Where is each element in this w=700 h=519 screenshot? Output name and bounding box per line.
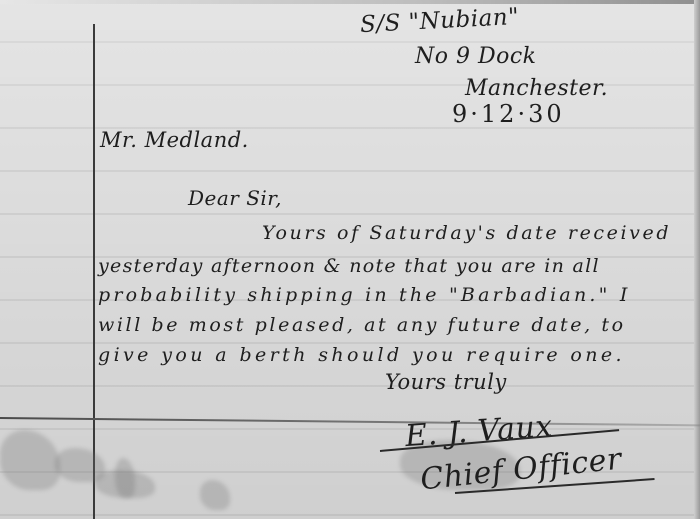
water-stain (200, 480, 230, 510)
letterhead-dock: No 9 Dock (415, 44, 537, 69)
fold-crease (0, 417, 700, 426)
body-line: yesterday afternoon & note that you are … (98, 255, 600, 277)
letterhead-city: Manchester. (465, 76, 608, 101)
body-line: probability shipping in the "Barbadian."… (98, 284, 631, 306)
addressee: Mr. Medland. (100, 128, 249, 152)
water-stain (0, 430, 60, 490)
body-line: Yours of Saturday's date received (262, 222, 671, 244)
paper-right-edge (694, 0, 700, 519)
water-stain (115, 458, 135, 498)
letter-page: S/S "Nubian" No 9 Dock Manchester. 9·12·… (0, 0, 700, 519)
closing: Yours truly (385, 370, 507, 394)
margin-rule (93, 24, 95, 519)
salutation: Dear Sir, (188, 186, 282, 210)
body-line: will be most pleased, at any future date… (98, 314, 626, 336)
paper-top-edge (0, 0, 700, 4)
body-line: give you a berth should you require one. (98, 344, 625, 366)
letterhead-ship: S/S "Nubian" (359, 4, 519, 38)
letter-date: 9·12·30 (452, 100, 565, 128)
